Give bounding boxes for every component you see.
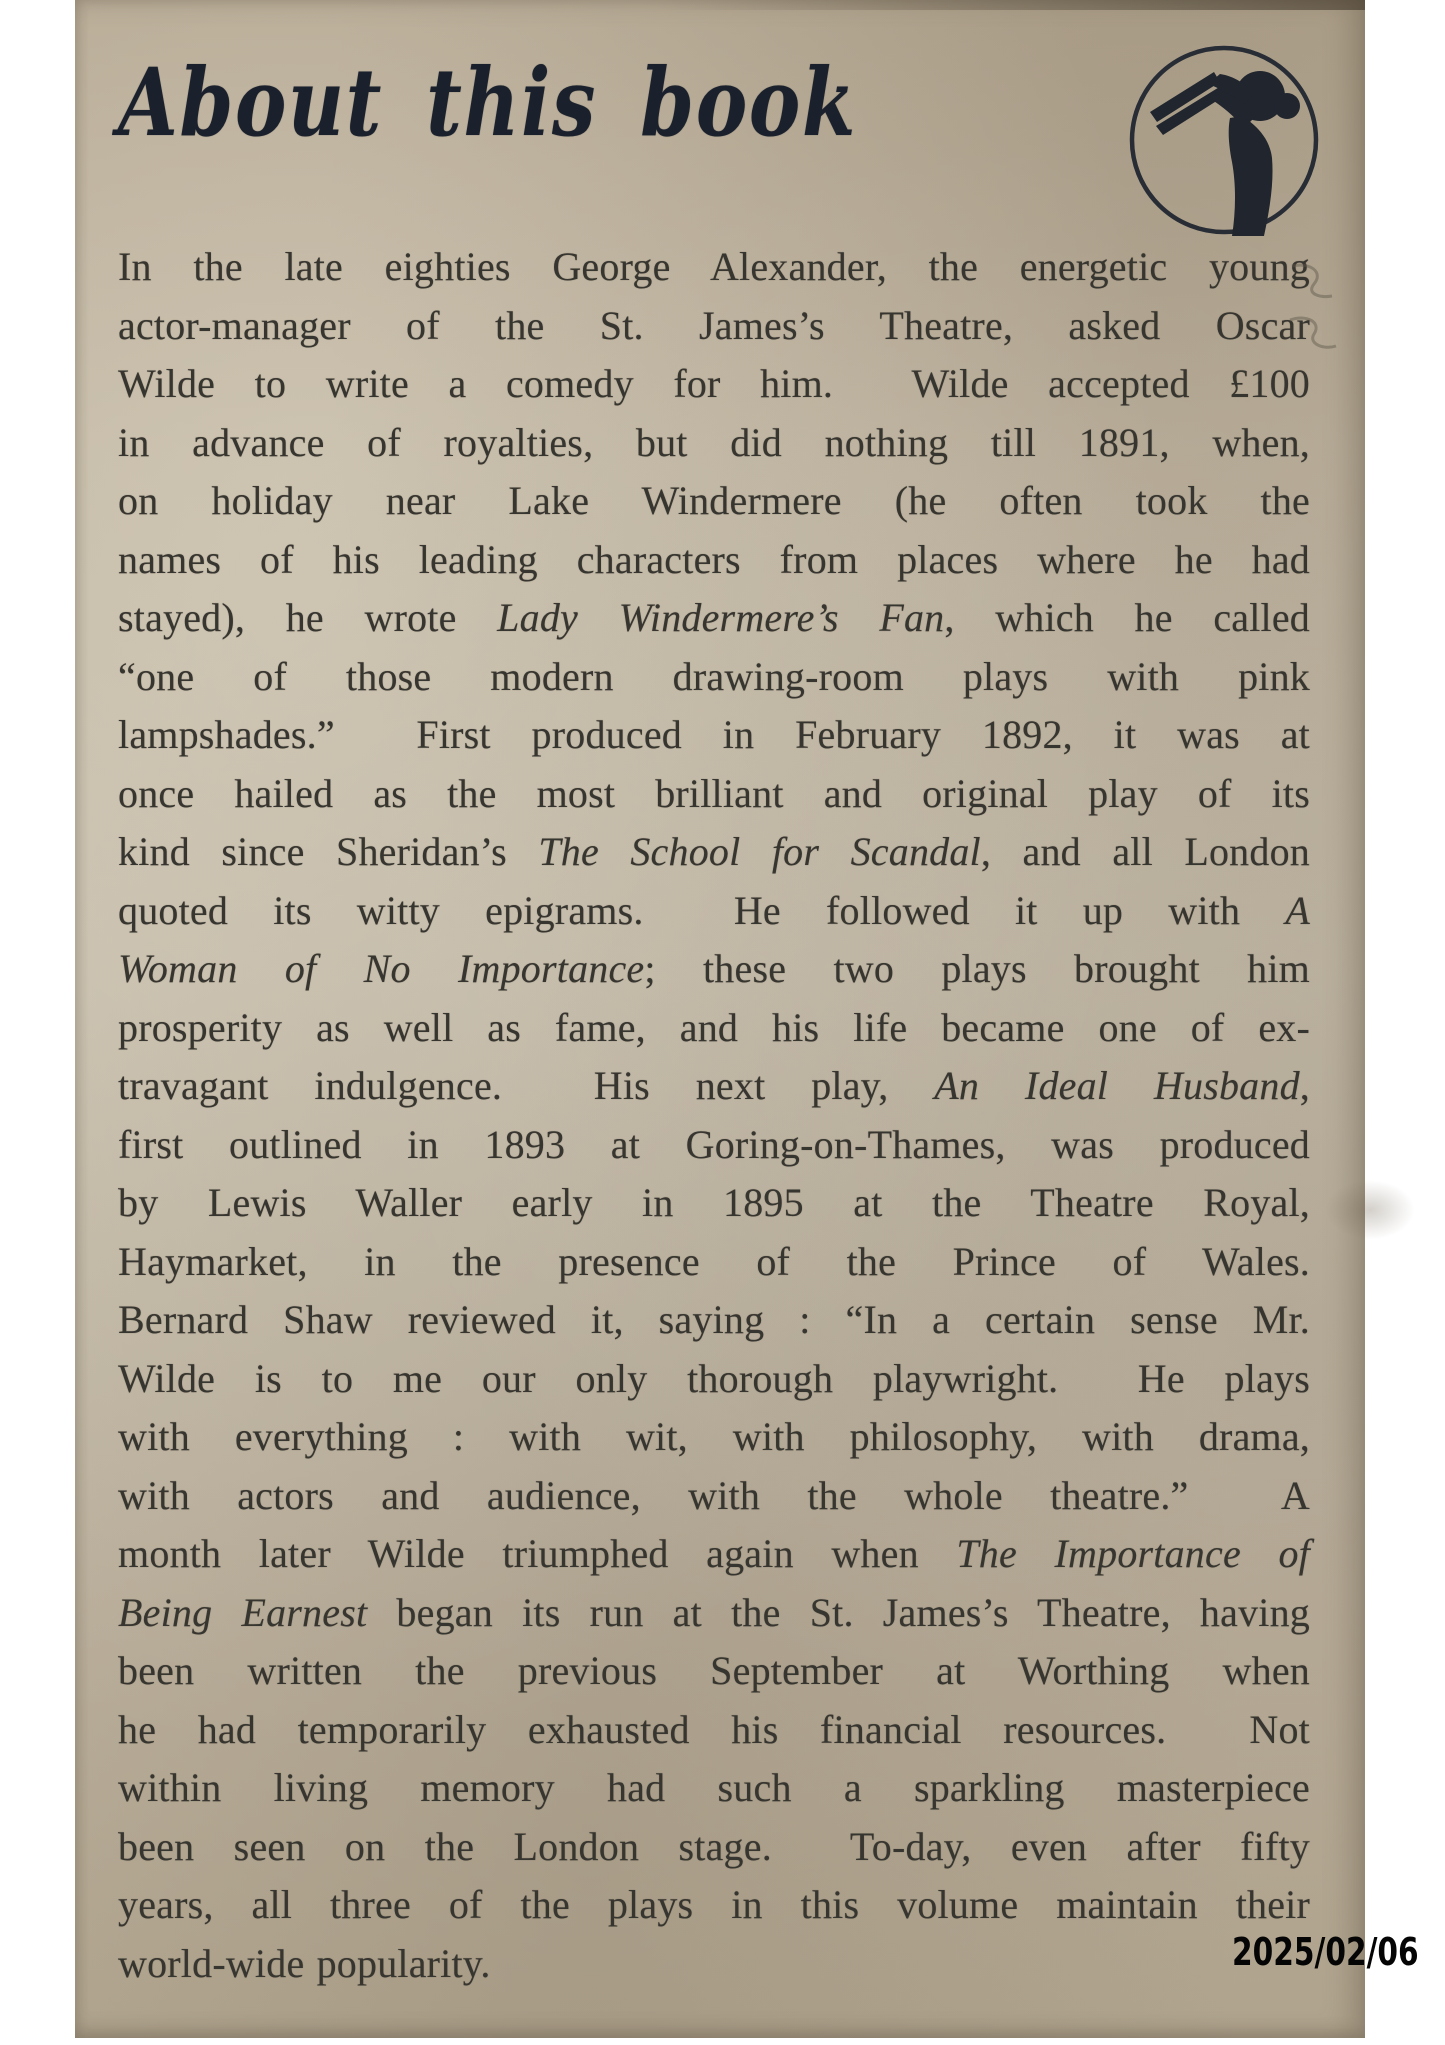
body-line: names of his leading characters from pla… xyxy=(118,531,1310,590)
body-line: within living memory had such a sparklin… xyxy=(118,1759,1310,1818)
body-line: Wilde to write a comedy for him. Wilde a… xyxy=(118,355,1310,414)
body-line: In the late eighties George Alexander, t… xyxy=(118,238,1310,297)
body-text-segment: Haymarket, in the presence of the Prince… xyxy=(118,1239,1310,1284)
body-text-segment: In the late eighties George Alexander, t… xyxy=(118,244,1310,289)
body-line: stayed), he wrote Lady Windermere’s Fan,… xyxy=(118,589,1310,648)
date-stamp: 2025/02/06 xyxy=(1232,1930,1419,1974)
body-line: Woman of No Importance; these two plays … xyxy=(118,940,1310,999)
body-line: quoted its witty epigrams. He followed i… xyxy=(118,882,1310,941)
body-line: “one of those modern drawing-room plays … xyxy=(118,648,1310,707)
body-text-segment: Wilde is to me our only thorough playwri… xyxy=(118,1356,1310,1401)
body-text-segment: travagant indulgence. His next play, xyxy=(118,1063,934,1108)
body-line: Haymarket, in the presence of the Prince… xyxy=(118,1233,1310,1292)
body-text-segment: Being Earnest xyxy=(118,1590,367,1635)
page-title: About this book xyxy=(118,52,857,155)
body-line: in advance of royalties, but did nothing… xyxy=(118,414,1310,473)
body-text-segment: with actors and audience, with the whole… xyxy=(118,1473,1310,1518)
body-text-segment: , and all London xyxy=(981,829,1310,874)
pencil-marks xyxy=(1280,258,1350,368)
body-line: years, all three of the plays in this vo… xyxy=(118,1876,1310,1935)
body-text-segment: actor-manager of the St. James’s Theatre… xyxy=(118,303,1310,348)
body-text-segment: The Importance of xyxy=(956,1531,1310,1576)
body-text-segment: Lady Windermere’s Fan xyxy=(497,595,944,640)
body-line: he had temporarily exhausted his financi… xyxy=(118,1701,1310,1760)
body-paragraph: In the late eighties George Alexander, t… xyxy=(118,238,1310,1993)
body-line: Bernard Shaw reviewed it, saying : “In a… xyxy=(118,1291,1310,1350)
body-text-segment: , which he called xyxy=(944,595,1310,640)
body-line: travagant indulgence. His next play, An … xyxy=(118,1057,1310,1116)
body-text-segment: in advance of royalties, but did nothing… xyxy=(118,420,1310,465)
body-text-segment: An Ideal Husband xyxy=(934,1063,1300,1108)
body-line: kind since Sheridan’s The School for Sca… xyxy=(118,823,1310,882)
pan-piper-icon xyxy=(1124,40,1324,250)
paper-smudge xyxy=(1325,1180,1415,1240)
body-line: been written the previous September at W… xyxy=(118,1642,1310,1701)
body-text-segment: once hailed as the most brilliant and or… xyxy=(118,771,1310,816)
body-text-segment: he had temporarily exhausted his financi… xyxy=(118,1707,1310,1752)
body-line: once hailed as the most brilliant and or… xyxy=(118,765,1310,824)
body-text-segment: quoted its witty epigrams. He followed i… xyxy=(118,888,1285,933)
body-line: on holiday near Lake Windermere (he ofte… xyxy=(118,472,1310,531)
body-text-segment: Bernard Shaw reviewed it, saying : “In a… xyxy=(118,1297,1310,1342)
body-text-segment: with everything : with wit, with philoso… xyxy=(118,1414,1310,1459)
book-page: About this book In the late eighties Geo… xyxy=(75,0,1365,2038)
body-text-segment: first outlined in 1893 at Goring-on-Tham… xyxy=(118,1122,1310,1167)
body-line: Wilde is to me our only thorough playwri… xyxy=(118,1350,1310,1409)
body-line: prosperity as well as fame, and his life… xyxy=(118,999,1310,1058)
body-line: month later Wilde triumphed again when T… xyxy=(118,1525,1310,1584)
body-text-segment: began its run at the St. James’s Theatre… xyxy=(367,1590,1310,1635)
body-line: first outlined in 1893 at Goring-on-Tham… xyxy=(118,1116,1310,1175)
body-text-segment: years, all three of the plays in this vo… xyxy=(118,1882,1310,1927)
body-text-segment: A xyxy=(1285,888,1310,933)
body-text-segment: been written the previous September at W… xyxy=(118,1648,1310,1693)
body-text-segment: lampshades.” First produced in February … xyxy=(118,712,1310,757)
body-text-segment: , xyxy=(1300,1063,1310,1108)
body-line: actor-manager of the St. James’s Theatre… xyxy=(118,297,1310,356)
body-line: Being Earnest began its run at the St. J… xyxy=(118,1584,1310,1643)
body-text-segment: stayed), he wrote xyxy=(118,595,497,640)
body-text-segment: within living memory had such a sparklin… xyxy=(118,1765,1310,1810)
body-line: with everything : with wit, with philoso… xyxy=(118,1408,1310,1467)
body-text-segment: been seen on the London stage. To-day, e… xyxy=(118,1824,1310,1869)
body-text-segment: Wilde to write a comedy for him. Wilde a… xyxy=(118,361,1310,406)
pan-piper-logo xyxy=(1124,40,1324,250)
body-text-segment: names of his leading characters from pla… xyxy=(118,537,1310,582)
body-text-segment: kind since Sheridan’s xyxy=(118,829,538,874)
body-text-segment: world-wide popularity. xyxy=(118,1941,491,1986)
body-text-segment: by Lewis Waller early in 1895 at the The… xyxy=(118,1180,1310,1225)
scanned-book-page: About this book In the late eighties Geo… xyxy=(0,0,1445,2045)
body-line: world-wide popularity. xyxy=(118,1935,1310,1994)
body-text-segment: month later Wilde triumphed again when xyxy=(118,1531,956,1576)
body-line: by Lewis Waller early in 1895 at the The… xyxy=(118,1174,1310,1233)
body-text-segment: ; these two plays brought him xyxy=(644,946,1310,991)
body-text-segment: Woman of No Importance xyxy=(118,946,644,991)
body-line: lampshades.” First produced in February … xyxy=(118,706,1310,765)
body-text-segment: prosperity as well as fame, and his life… xyxy=(118,1005,1310,1050)
body-text-segment: “one of those modern drawing-room plays … xyxy=(118,654,1310,699)
body-line: been seen on the London stage. To-day, e… xyxy=(118,1818,1310,1877)
body-text-segment: on holiday near Lake Windermere (he ofte… xyxy=(118,478,1310,523)
body-line: with actors and audience, with the whole… xyxy=(118,1467,1310,1526)
body-text-segment: The School for Scandal xyxy=(538,829,981,874)
